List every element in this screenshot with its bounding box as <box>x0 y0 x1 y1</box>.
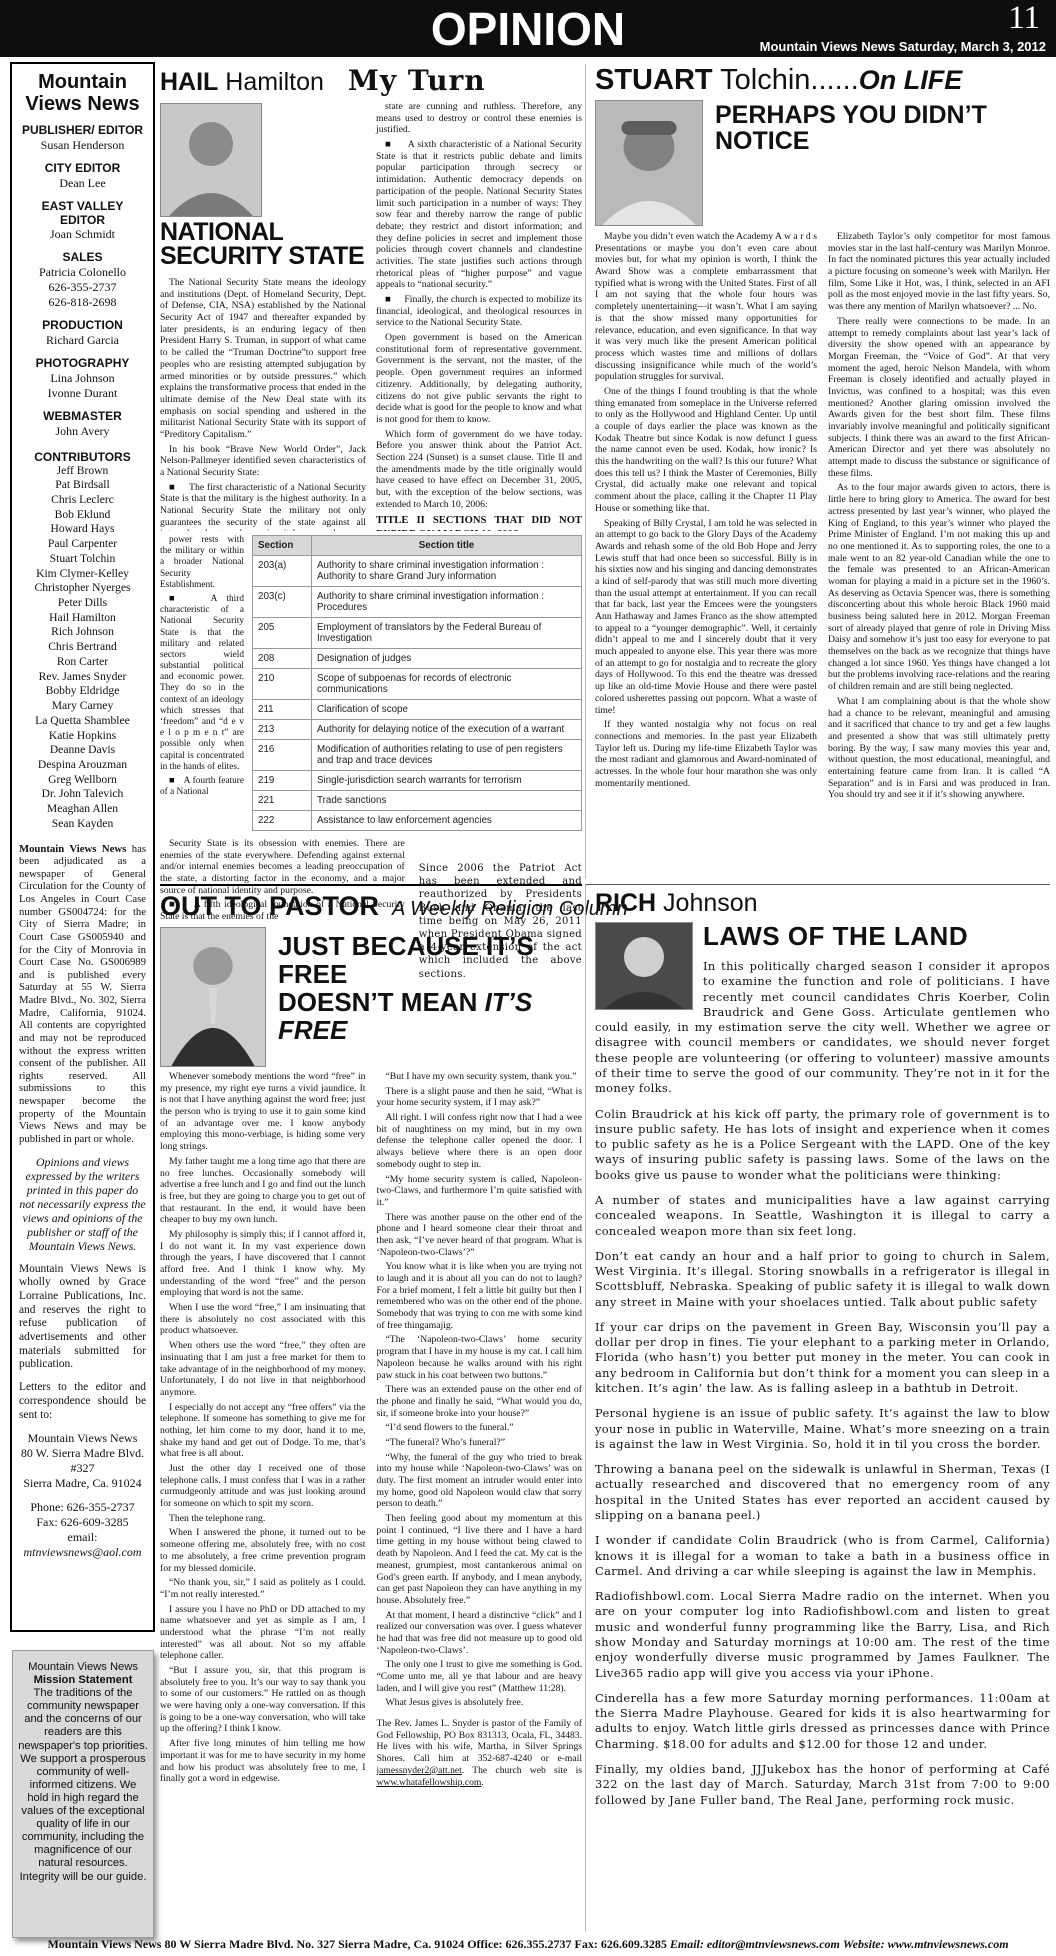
article-paragraph: At that moment, I heard a distinctive “c… <box>377 1610 583 1657</box>
article-paragraph: “The ‘Napoleon-two-Claws’ home security … <box>377 1334 583 1381</box>
article-paragraph: ■ Finally, the church is expected to mob… <box>376 294 582 329</box>
article-paragraph: “But I assure you, sir, that this progra… <box>160 1665 366 1735</box>
staff-line: WEBMASTER <box>19 410 146 424</box>
staff-line: PRODUCTION <box>19 319 146 333</box>
article-paragraph: Cinderella has a few more Saturday morni… <box>595 1691 1050 1752</box>
page-title: OPINION <box>431 2 625 56</box>
article-paragraph: If they wanted nostalgia why not focus o… <box>595 719 817 789</box>
staff-line: Ivonne Durant <box>19 386 146 401</box>
table-heading: TITLE II SECTIONS THAT DID NOT EXPIRE ON… <box>376 514 582 531</box>
my-turn-narrow-column: power rests with the military or within … <box>160 535 244 831</box>
contributor-name: Kim Clymer-Kelley <box>19 567 146 582</box>
table-row: 222 Assistance to law enforcement agenci… <box>253 811 582 831</box>
letters-note: Letters to the editor and correspondence… <box>19 1381 146 1422</box>
legal-text: has been adjudicated as a newspaper of G… <box>19 843 146 1145</box>
article-laws-of-the-land: RICH Johnson LAWS OF THE LAND In this po… <box>585 884 1050 1932</box>
table-row: 203(c) Authority to share criminal inves… <box>253 587 582 618</box>
staff-line: PHOTOGRAPHY <box>19 357 146 371</box>
table-row: 216 Modification of authorities relating… <box>253 740 582 771</box>
article-paragraph: My father taught me a long time ago that… <box>160 1156 366 1226</box>
fax-number: Fax: 626-609-3285 <box>19 1515 146 1530</box>
table-col-header-title: Section title <box>312 536 582 556</box>
article-paragraph: Maybe you didn’t even watch the Academy … <box>595 231 817 383</box>
laws-body: In this politically charged season I con… <box>595 959 1050 1808</box>
article-paragraph: power rests with the military or within … <box>160 535 244 591</box>
contributor-name: Peter Dills <box>19 596 146 611</box>
section-number: 213 <box>253 720 312 740</box>
section-title: Authority to share criminal investigatio… <box>312 587 582 618</box>
section-number: 222 <box>253 811 312 831</box>
headline-line-1: JUST BECAUSE IT’S FREE <box>278 932 582 988</box>
contributor-name: Rich Johnson <box>19 625 146 640</box>
hail-hamilton-photo <box>160 103 262 217</box>
footer-contact: Mountain Views News 80 W Sierra Madre Bl… <box>47 1937 666 1951</box>
contributor-name: La Quetta Shamblee <box>19 714 146 729</box>
contributor-name: Rev. James Snyder <box>19 670 146 685</box>
contributor-name: Despina Arouzman <box>19 758 146 773</box>
contributor-name: Sean Kayden <box>19 817 146 832</box>
dateline: Mountain Views News Saturday, March 3, 2… <box>760 39 1046 54</box>
contributors-heading: CONTRIBUTORS <box>19 450 146 464</box>
section-number: 211 <box>253 700 312 720</box>
section-title: Single-jurisdiction search warrants for … <box>312 771 582 791</box>
mission-subtitle: Mission Statement <box>18 1674 148 1687</box>
article-paragraph: There really were connections to be made… <box>828 316 1050 480</box>
column-name: OUT TO PASTOR <box>160 891 379 921</box>
page-number: 11 <box>1008 0 1040 37</box>
article-on-life: STUART Tolchin......On LIFE PERHAPS YOU … <box>585 64 1050 879</box>
pastor-column-2: “But I have my own security system, than… <box>377 1071 583 1903</box>
contributor-name: Ron Carter <box>19 655 146 670</box>
newspaper-page: OPINION 11 Mountain Views News Saturday,… <box>0 0 1056 1956</box>
article-paragraph: I especially do not accept any “free off… <box>160 1402 366 1460</box>
contact-block: Phone: 626-355-2737 Fax: 626-609-3285 em… <box>19 1500 146 1560</box>
address-line: Mountain Views News <box>19 1431 146 1446</box>
staff-line: SALES <box>19 251 146 265</box>
contributor-name: Dr. John Talevich <box>19 787 146 802</box>
column-title: My Turn <box>348 64 486 97</box>
article-paragraph: Radiofishbowl.com. Local Sierra Madre ra… <box>595 1589 1050 1681</box>
article-paragraph: There was an extended pause on the other… <box>377 1384 583 1419</box>
newspaper-name: Mountain Views News <box>19 72 146 115</box>
contributor-name: Greg Wellborn <box>19 773 146 788</box>
contributor-name: Deanne Davis <box>19 743 146 758</box>
address-line: 80 W. Sierra Madre Blvd. #327 <box>19 1446 146 1476</box>
article-paragraph: “No thank you, sir,” I said as politely … <box>160 1577 366 1600</box>
table-row: 221 Trade sanctions <box>253 791 582 811</box>
section-number: 216 <box>253 740 312 771</box>
table-row: 203(a) Authority to share criminal inves… <box>253 556 582 587</box>
author-first-name: RICH <box>595 889 656 917</box>
article-paragraph: After five long minutes of him telling m… <box>160 1738 366 1785</box>
article-paragraph: state are cunning and ruthless. Therefor… <box>376 101 582 136</box>
contributor-name: Hail Hamilton <box>19 611 146 626</box>
laws-kicker: RICH Johnson <box>595 889 1050 918</box>
author-last-name: Hamilton <box>218 68 324 96</box>
footer-email-link[interactable]: editor@mtnviewsnews.com <box>707 1937 840 1951</box>
email-link[interactable]: mtnviewsnews@aol.com <box>23 1545 141 1559</box>
section-title: Modification of authorities relating to … <box>312 740 582 771</box>
my-turn-col2-text: state are cunning and ruthless. Therefor… <box>376 101 582 510</box>
staff-line: Patricia Colonello <box>19 265 146 280</box>
footer-email-label: Email: <box>670 1937 704 1951</box>
article-paragraph: Personal hygiene is an issue of public s… <box>595 1406 1050 1452</box>
church-website-link[interactable]: www.whatafellowship.com <box>377 1777 482 1788</box>
headline-line-2: DOESN’T MEAN IT’S FREE <box>278 988 582 1044</box>
section-title: Designation of judges <box>312 649 582 669</box>
contributor-name: Christopher Nyerges <box>19 581 146 596</box>
snyder-email-link[interactable]: jamessnyder2@att.net <box>377 1765 462 1776</box>
staff-line: John Avery <box>19 424 146 439</box>
staff-line: EAST VALLEY EDITOR <box>19 200 146 228</box>
article-paragraph: A number of states and municipalities ha… <box>595 1193 1050 1239</box>
headline-line-2-pre: DOESN’T MEAN <box>278 987 485 1017</box>
bio-text: . <box>481 1777 483 1788</box>
mission-statement-box: Mountain Views News Mission Statement Th… <box>12 1650 154 1938</box>
article-paragraph: Colin Braudrick at his kick off party, t… <box>595 1107 1050 1183</box>
section-title: Authority to share criminal investigatio… <box>312 556 582 587</box>
on-life-kicker: STUART Tolchin......On LIFE <box>595 64 1050 97</box>
article-paragraph: I assure you I have no PhD or DD attache… <box>160 1604 366 1662</box>
article-paragraph: Finally, my oldies band, JJJukebox has t… <box>595 1762 1050 1808</box>
article-paragraph: ■ A fourth feature of a National <box>160 776 244 798</box>
article-paragraph: You know what it is like when you are tr… <box>377 1261 583 1331</box>
article-paragraph: Then the telephone rang. <box>160 1513 366 1525</box>
article-paragraph: When I use the word “free,” I am insinua… <box>160 1302 366 1337</box>
rich-johnson-photo <box>595 922 693 1010</box>
legal-notice: Mountain Views News has been adjudicated… <box>19 843 146 1146</box>
article-paragraph: Speaking of Billy Crystal, I am told he … <box>595 518 817 717</box>
section-number: 203(a) <box>253 556 312 587</box>
contributor-name: Bobby Eldridge <box>19 684 146 699</box>
section-title: Trade sanctions <box>312 791 582 811</box>
page-footer: Mountain Views News 80 W Sierra Madre Bl… <box>0 1937 1056 1952</box>
article-paragraph: There is a slight pause and then he said… <box>377 1086 583 1109</box>
contributor-name: Pat Birdsall <box>19 478 146 493</box>
pastor-column-1: Whenever somebody mentions the word “fre… <box>160 1071 366 1903</box>
contributor-name: Howard Hays <box>19 522 146 537</box>
article-paragraph: Just the other day I received one of tho… <box>160 1463 366 1510</box>
bio-text: . The church web site is <box>462 1765 582 1776</box>
masthead-sidebar: Mountain Views News PUBLISHER/ EDITORSus… <box>10 62 155 1632</box>
article-paragraph: The only one I trust to give me somethin… <box>377 1659 583 1694</box>
my-turn-col1-text: The National Security State means the id… <box>160 277 366 531</box>
ownership-notice: Mountain Views News is wholly owned by G… <box>19 1263 146 1373</box>
contributor-name: Mary Carney <box>19 699 146 714</box>
my-turn-column-1: NATIONAL SECURITY STATE The National Sec… <box>160 101 366 531</box>
author-last-name: Johnson <box>656 889 757 917</box>
patriot-act-table: Section Section title 203(a) Authority t… <box>252 535 582 831</box>
article-paragraph: What I am complaining about is that the … <box>828 696 1050 801</box>
table-row: 205 Employment of translators by the Fed… <box>253 618 582 649</box>
staff-list: PUBLISHER/ EDITORSusan HendersonCITY EDI… <box>19 124 146 438</box>
staff-line: PUBLISHER/ EDITOR <box>19 124 146 138</box>
legal-lead: Mountain Views News <box>19 843 126 855</box>
contributor-name: Meaghan Allen <box>19 802 146 817</box>
table-col-header-section: Section <box>253 536 312 556</box>
article-paragraph: ■ A sixth characteristic of a National S… <box>376 139 582 291</box>
table-row: 208 Designation of judges <box>253 649 582 669</box>
article-paragraph: “The funeral? Who’s funeral?” <box>377 1437 583 1449</box>
contributor-name: Chris Bertrand <box>19 640 146 655</box>
section-number: 221 <box>253 791 312 811</box>
article-paragraph: Elizabeth Taylor’s only competitor for m… <box>828 231 1050 313</box>
article-paragraph: “My home security system is called, Napo… <box>377 1174 583 1209</box>
section-number: 208 <box>253 649 312 669</box>
staff-line: Lina Johnson <box>19 371 146 386</box>
on-life-column-2: Elizabeth Taylor’s only competitor for m… <box>828 231 1050 879</box>
staff-line: Richard Garcia <box>19 333 146 348</box>
article-paragraph: “Why, the funeral of the guy who tried t… <box>377 1452 583 1510</box>
on-life-headline: PERHAPS YOU DIDN’T NOTICE <box>715 100 1050 226</box>
email-label: email: <box>19 1530 146 1545</box>
table-row: 219 Single-jurisdiction search warrants … <box>253 771 582 791</box>
article-paragraph: Open government is based on the American… <box>376 332 582 426</box>
staff-line: CITY EDITOR <box>19 162 146 176</box>
on-life-column-1: Maybe you didn’t even watch the Academy … <box>595 231 817 879</box>
staff-line: 626-355-2737 <box>19 280 146 295</box>
article-paragraph: ■ The first characteristic of a National… <box>160 482 366 531</box>
article-my-turn: HAIL HamiltonMy Turn NATIONAL SECURITY S… <box>160 64 582 981</box>
column-title: On LIFE <box>859 65 963 95</box>
contributors-list: Jeff BrownPat BirdsallChris LeclercBob E… <box>19 464 146 832</box>
author-first-name: HAIL <box>160 68 218 96</box>
section-number: 205 <box>253 618 312 649</box>
article-paragraph: “I’d send flowers to the funeral.” <box>377 1422 583 1434</box>
section-number: 210 <box>253 669 312 700</box>
footer-website-label: Website: <box>843 1937 885 1951</box>
article-paragraph: “But I have my own security system, than… <box>377 1071 583 1083</box>
article-paragraph: In his book “Brave New World Order”, Jac… <box>160 444 366 479</box>
article-paragraph: There was another pause on the other end… <box>377 1212 583 1259</box>
opinions-disclaimer: Opinions and views expressed by the writ… <box>19 1155 146 1254</box>
article-paragraph: Don’t eat candy an hour and a half prior… <box>595 1249 1050 1310</box>
james-snyder-photo <box>160 927 266 1067</box>
article-out-to-pastor: OUT TO PASTORA Weekly Religion Column JU… <box>160 884 582 1903</box>
author-first-name: STUART <box>595 64 713 96</box>
staff-line: 626-818-2698 <box>19 295 146 310</box>
mailing-address: Mountain Views News80 W. Sierra Madre Bl… <box>19 1431 146 1491</box>
article-paragraph: What Jesus gives is absolutely free. <box>377 1697 583 1709</box>
phone-number: Phone: 626-355-2737 <box>19 1500 146 1515</box>
address-line: Sierra Madre, Ca. 91024 <box>19 1476 146 1491</box>
article-paragraph: My philosophy is simply this; if I canno… <box>160 1229 366 1299</box>
footer-website-link[interactable]: www.mtnviewsnews.com <box>888 1937 1009 1951</box>
staff-line: Susan Henderson <box>19 138 146 153</box>
stuart-tolchin-photo <box>595 100 703 226</box>
contributor-name: Bob Eklund <box>19 508 146 523</box>
section-title: Authority for delaying notice of the exe… <box>312 720 582 740</box>
masthead: OPINION 11 Mountain Views News Saturday,… <box>0 0 1056 57</box>
article-paragraph: As to the four major awards given to act… <box>828 482 1050 692</box>
article-paragraph: One of the things I found troubling is t… <box>595 386 817 515</box>
section-number: 203(c) <box>253 587 312 618</box>
mission-title: Mountain Views News <box>18 1661 148 1674</box>
contributor-name: Stuart Tolchin <box>19 552 146 567</box>
article-paragraph: Then feeling good about my momentum at t… <box>377 1513 583 1607</box>
section-number: 219 <box>253 771 312 791</box>
contributor-name: Jeff Brown <box>19 464 146 479</box>
out-to-pastor-headline: JUST BECAUSE IT’S FREE DOESN’T MEAN IT’S… <box>278 927 582 1067</box>
article-paragraph: Whenever somebody mentions the word “fre… <box>160 1071 366 1153</box>
section-title: Clarification of scope <box>312 700 582 720</box>
article-paragraph: Throwing a banana peel on the sidewalk i… <box>595 1462 1050 1523</box>
article-paragraph: When I answered the phone, it turned out… <box>160 1527 366 1574</box>
staff-line: Dean Lee <box>19 176 146 191</box>
contributor-name: Katie Hopkins <box>19 729 146 744</box>
article-paragraph: Which form of government do we have toda… <box>376 429 582 511</box>
article-paragraph: If your car drips on the pavement in Gre… <box>595 1320 1050 1396</box>
out-to-pastor-kicker: OUT TO PASTORA Weekly Religion Column <box>160 891 582 922</box>
bio-text: The Rev. James L. Snyder is pastor of th… <box>377 1718 583 1764</box>
mission-body: The traditions of the community newspape… <box>18 1687 148 1883</box>
author-bio: The Rev. James L. Snyder is pastor of th… <box>377 1718 583 1788</box>
table-row: 211 Clarification of scope <box>253 700 582 720</box>
article-paragraph: ■ A third characteristic of a National S… <box>160 594 244 773</box>
section-title: Scope of subpoenas for records of electr… <box>312 669 582 700</box>
table-row: 210 Scope of subpoenas for records of el… <box>253 669 582 700</box>
article-paragraph: I wonder if candidate Colin Braudrick (w… <box>595 1533 1050 1579</box>
my-turn-column-2: state are cunning and ruthless. Therefor… <box>376 101 582 531</box>
article-paragraph: The National Security State means the id… <box>160 277 366 441</box>
contributor-name: Chris Leclerc <box>19 493 146 508</box>
section-title: Assistance to law enforcement agencies <box>312 811 582 831</box>
my-turn-kicker: HAIL HamiltonMy Turn <box>160 64 582 97</box>
author-last-name: Tolchin...... <box>713 64 859 96</box>
section-title: Employment of translators by the Federal… <box>312 618 582 649</box>
table-row: 213 Authority for delaying notice of the… <box>253 720 582 740</box>
article-paragraph: All right. I will confess right now that… <box>377 1112 583 1170</box>
staff-line: Joan Schmidt <box>19 227 146 242</box>
contributor-name: Paul Carpenter <box>19 537 146 552</box>
article-paragraph: When others use the word “free,” they of… <box>160 1340 366 1398</box>
